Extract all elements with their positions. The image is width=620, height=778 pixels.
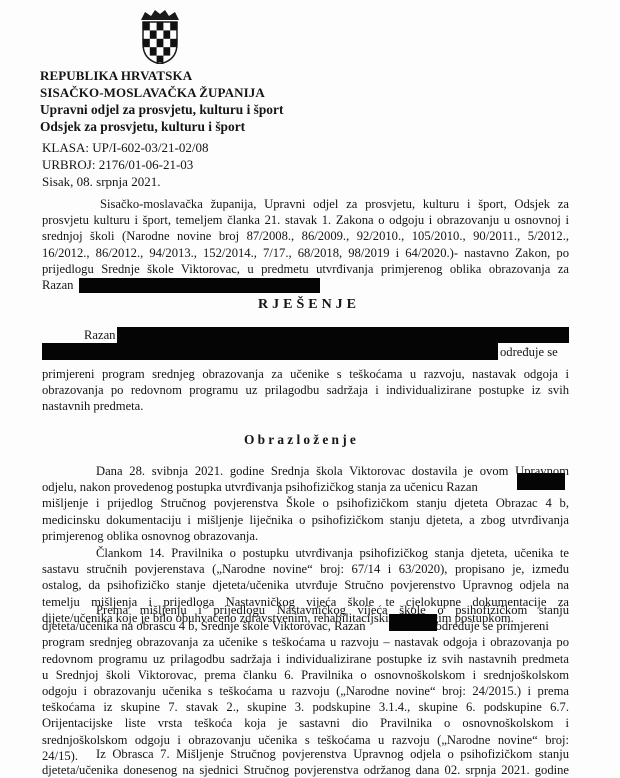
reasoning-line: medicinsku dokumentaciju i mišljenje lij…: [42, 512, 569, 528]
reasoning-line: Dana 28. svibnja 2021. godine Srednja šk…: [96, 464, 569, 478]
decision-verb: određuje se: [500, 345, 558, 360]
reasoning-line: djeteta/učenika na obrascu 4 b, Srednje …: [42, 619, 366, 633]
intro-line: srednjoj školi (Narodne novine broj 87/2…: [42, 228, 569, 244]
intro-line: 16/2012., 86/2012., 94/2013., 152/2014.,…: [42, 245, 569, 261]
reasoning-line: Člankom 14. Pravilnika o postupku utvrđi…: [96, 546, 569, 560]
letterhead-department: Upravni odjel za prosvjetu, kulturu i šp…: [40, 101, 283, 118]
letterhead-country: REPUBLIKA HRVATSKA: [40, 67, 283, 84]
redaction-bar: [117, 327, 569, 343]
document-meta: KLASA: UP/I-602-03/21-02/08 URBROJ: 2176…: [42, 139, 208, 190]
reasoning-line: odjelu, nakon provedenog postupka utvrđi…: [42, 479, 569, 495]
reasoning-line: u Srednjoj školi Viktorovac, prema člank…: [42, 667, 569, 683]
reasoning-line: teškoćama iz skupine 7. stavak 2., skupi…: [42, 699, 569, 715]
intro-line: prijedlogu Srednje škole Viktorovac, u p…: [42, 261, 569, 277]
redaction-bar: [42, 343, 498, 360]
reasoning-title: Obrazloženje: [244, 432, 359, 448]
reasoning-paragraph-1: Dana 28. svibnja 2021. godine Srednja šk…: [42, 463, 569, 544]
reasoning-line: sastavu stručnih povjerenstava („Narodne…: [42, 561, 569, 577]
document-date: Sisak, 08. srpnja 2021.: [42, 173, 208, 190]
reasoning-line: program srednjeg obrazovanja za učenike …: [42, 634, 569, 650]
reasoning-line: mišljenje i prijedlog Stručnog povjerens…: [42, 495, 569, 511]
redaction-bar: [517, 473, 565, 490]
reasoning-paragraph-3: Prema mišljenju i prijedlogu Nastavničko…: [42, 627, 569, 764]
decision-line: nastavnih predmeta.: [42, 398, 569, 414]
reasoning-line: Prema mišljenju i prijedlogu Nastavničko…: [96, 603, 569, 617]
urbroj: URBROJ: 2176/01-06-21-03: [42, 156, 208, 173]
decision-line: primjereni program srednjeg obrazovanja …: [42, 366, 569, 382]
intro-line: prosvjetu kulturu i šport, temeljem član…: [42, 212, 569, 228]
reasoning-line: određuje se primjereni: [436, 619, 549, 633]
decision-line: obrazovanja po redovnom programu uz pril…: [42, 382, 569, 398]
redaction-bar: [79, 278, 320, 293]
reasoning-paragraph-4: Iz Obrasca 7. Mišljenje Stručnog povjere…: [42, 746, 569, 778]
reasoning-line: ostalog, da psihofizičko stanje djeteta/…: [42, 577, 569, 593]
decision-paragraph: primjereni program srednjeg obrazovanja …: [42, 366, 569, 415]
coat-of-arms-icon: [137, 10, 183, 64]
reasoning-line: djeteta/učenika donesenog na sjednici St…: [42, 762, 569, 778]
reasoning-line: primjerenog oblika osnovnog obrazovanja.: [42, 528, 569, 544]
redaction-bar: [389, 614, 437, 631]
reasoning-line: odgoju i obrazovanju učenika s teškoćama…: [42, 683, 569, 699]
intro-line: Sisačko-moslavačka županija, Upravni odj…: [100, 197, 569, 211]
reasoning-line: Iz Obrasca 7. Mišljenje Stručnog povjere…: [96, 747, 569, 761]
letterhead: REPUBLIKA HRVATSKA SISAČKO-MOSLAVAČKA ŽU…: [40, 67, 283, 135]
klasa: KLASA: UP/I-602-03/21-02/08: [42, 139, 208, 156]
letterhead-section: Odsjek za prosvjetu, kulturu i šport: [40, 118, 283, 135]
reasoning-line: redovnom programu uz prilagodbu sadržaja…: [42, 651, 569, 667]
decision-name: Razan: [84, 328, 115, 343]
document-page: REPUBLIKA HRVATSKA SISAČKO-MOSLAVAČKA ŽU…: [0, 0, 620, 778]
letterhead-county: SISAČKO-MOSLAVAČKA ŽUPANIJA: [40, 84, 283, 101]
decision-title: RJEŠENJE: [258, 297, 360, 313]
reasoning-line: Orijentacijske liste vrsta teškoća koja …: [42, 715, 569, 731]
